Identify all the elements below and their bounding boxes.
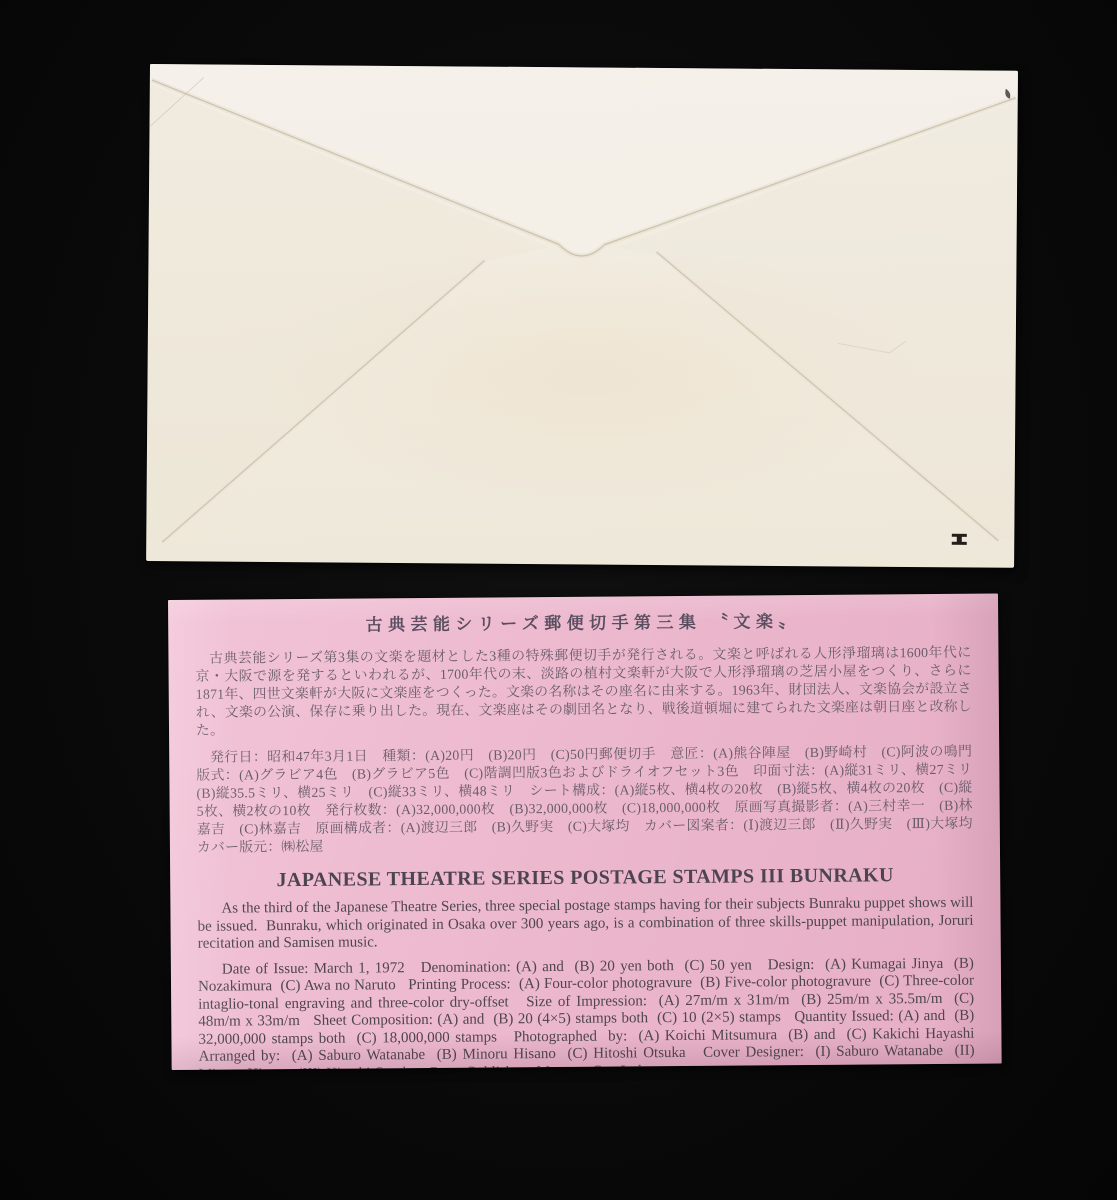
card-title-japanese: 古典芸能シリーズ郵便切手第三集 〝文楽〟 xyxy=(195,606,971,637)
envelope-back xyxy=(146,64,1018,568)
envelope-flap-creases xyxy=(146,64,1018,568)
printer-mark-icon xyxy=(951,532,967,544)
photo-stage: 古典芸能シリーズ郵便切手第三集 〝文楽〟 古典芸能シリーズ第3集の文楽を題材とし… xyxy=(0,0,1117,1200)
insert-card: 古典芸能シリーズ郵便切手第三集 〝文楽〟 古典芸能シリーズ第3集の文楽を題材とし… xyxy=(168,593,1002,1070)
japanese-issue-details-paragraph: 発行日：昭和47年3月1日 種類：(A)20円 (B)20円 (C)50円郵便切… xyxy=(196,743,973,857)
japanese-intro-paragraph: 古典芸能シリーズ第3集の文楽を題材とした3種の特殊郵便切手が発行される。文楽と呼… xyxy=(195,644,972,740)
card-title-english: JAPANESE THEATRE SERIES POSTAGE STAMPS I… xyxy=(197,864,973,893)
english-intro-paragraph: As the third of the Japanese Theatre Ser… xyxy=(197,895,973,954)
english-issue-details-paragraph: Date of Issue: March 1, 1972 Denominatio… xyxy=(198,955,975,1070)
